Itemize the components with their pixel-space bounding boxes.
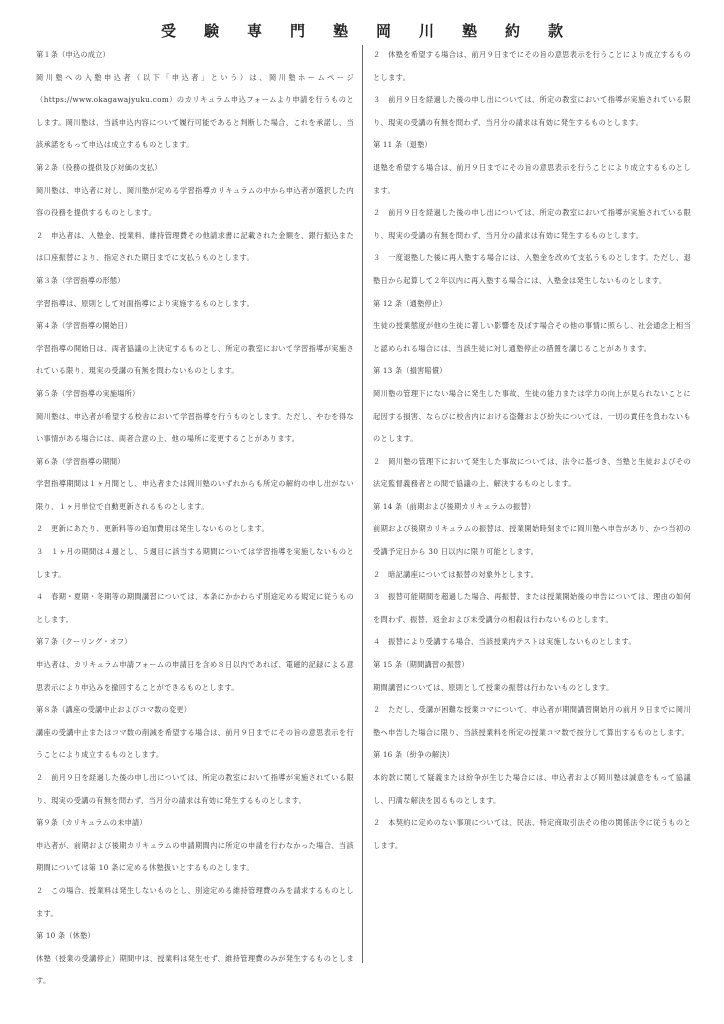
article-paragraph: 学習指導は、原則として対面指導により実施するものとします。 [36,293,354,316]
article-paragraph: ２ 暗記講座については振替の対象外とします。 [373,564,691,587]
article-paragraph: ２ 本契約に定めのない事項については、民法、特定商取引法その他の関係法令に従うも… [373,812,691,857]
article-paragraph: ２ 前月９日を経過した後の申し出については、所定の教室において指導が実施されてい… [373,202,691,247]
article-heading: 第４条（学習指導の開始日） [36,315,354,338]
article-heading: 第 14 条（前期および後期カリキュラムの振替） [373,496,691,519]
article-paragraph: ２ 申込者は、入塾金、授業料、維持管理費その他請求書に記載された金額を、銀行振込… [36,225,354,270]
article-heading: 第 12 条（通塾停止） [373,293,691,316]
article-heading: 第９条（カリキュラムの未申請） [36,812,354,835]
article-heading: 第 15 条（期間講習の振替） [373,654,691,677]
article-heading: 第 10 条（休塾） [36,925,354,948]
article-paragraph: 岡川塾は、申込者に対し、岡川塾が定める学習指導カリキュラムの中から申込者が選択し… [36,180,354,225]
article-paragraph: 本約款に関して疑義または紛争が生じた場合には、申込者および岡川塾は誠意をもって協… [373,767,691,812]
article-heading: 第３条（学習指導の形態） [36,270,354,293]
article-paragraph: ３ 振替可能期間を超過した場合、再振替、または授業開始後の申告については、理由の… [373,586,691,631]
article-heading: 第２条（役務の提供及び対価の支払） [36,157,354,180]
article-paragraph: 退塾を希望する場合は、前月９日までにその旨の意思表示を行うことにより成立するもの… [373,157,691,202]
article-heading: 第 11 条（退塾） [373,134,691,157]
article-heading: 第 13 条（損害賠償） [373,360,691,383]
article-paragraph: 生徒の授業態度が他の生徒に著しい影響を及ぼす場合その他の事情に照らし、社会通念上… [373,315,691,360]
article-paragraph: ２ 岡川塾の管理下において発生した事故については、法令に基づき、当塾と生徒および… [373,451,691,496]
right-column: ２ 休塾を希望する場合は、前月９日までにその旨の意思表示を行うことにより成立する… [373,44,691,857]
column-divider [362,45,363,963]
article-paragraph: 岡川塾の管理下にない場合に発生した事故、生徒の能力または学力の向上が見られないこ… [373,383,691,451]
article-paragraph: 講座の受講中止またはコマ数の削減を希望する場合は、前月９日までにその旨の意思表示… [36,722,354,767]
article-paragraph: ４ 振替により受講する場合、当該授業内テストは実施しないものとします。 [373,631,691,654]
article-paragraph: 前期および後期カリキュラムの振替は、授業開始時刻までに岡川塾へ申告があり、かつ当… [373,518,691,563]
article-paragraph: ２ 休塾を希望する場合は、前月９日までにその旨の意思表示を行うことにより成立する… [373,44,691,89]
article-paragraph: ３ 一度退塾した後に再入塾する場合には、入塾金を改めて支払うものとします。ただし… [373,247,691,292]
article-paragraph: 岡川塾は、申込者が希望する校舎において学習指導を行うものとします。ただし、やむを… [36,406,354,451]
article-paragraph: 岡川塾への入塾申込者（以下「申込者」という）は、岡川塾ホームページ（https:… [36,67,354,157]
article-paragraph: 期間講習については、原則として授業の振替は行わないものとします。 [373,677,691,700]
left-column: 第１条（申込の成立）岡川塾への入塾申込者（以下「申込者」という）は、岡川塾ホーム… [36,44,354,993]
article-heading: 第１条（申込の成立） [36,44,354,67]
article-paragraph: 申込者が、前期および後期カリキュラムの申請期間内に所定の申請を行わなかった場合、… [36,835,354,880]
article-heading: 第７条（クーリング・オフ） [36,631,354,654]
article-paragraph: 休塾（授業の受講停止）期間中は、授業料は発生せず、維持管理費のみが発生するものと… [36,948,354,993]
article-paragraph: ２ ただし、受講が困難な授業コマについて、申込者が期間講習開始月の前月９日までに… [373,699,691,744]
article-paragraph: ４ 春期・夏期・冬期等の期間講習については、本条にかかわらず別途定める規定に従う… [36,586,354,631]
article-heading: 第５条（学習指導の実施場所） [36,383,354,406]
article-heading: 第８条（講座の受講中止およびコマ数の変更） [36,699,354,722]
article-paragraph: ２ この場合、授業料は発生しないものとし、別途定める維持管理費のみを請求するもの… [36,880,354,925]
article-heading: 第６条（学習指導の期間） [36,451,354,474]
article-paragraph: 申込者は、カリキュラム申請フォームの申請日を含め８日以内であれば、電磁的記録によ… [36,654,354,699]
article-paragraph: ２ 前月９日を経過した後の申し出については、所定の教室において指導が実施されてい… [36,767,354,812]
article-paragraph: ２ 更新にあたり、更新料等の追加費用は発生しないものとします。 [36,518,354,541]
article-paragraph: 学習指導期間は１ヶ月間とし、申込者または岡川塾のいずれからも所定の解約の申し出が… [36,473,354,518]
document-title: 受験専門塾岡川塾約款 [0,20,724,41]
article-paragraph: 学習指導の開始日は、両者協議の上決定するものとし、所定の教室において学習指導が実… [36,338,354,383]
article-heading: 第 16 条（紛争の解決） [373,744,691,767]
article-paragraph: ３ １ヶ月の期間は４週とし、５週目に該当する期間については学習指導を実施しないも… [36,541,354,586]
article-paragraph: ３ 前月９日を経過した後の申し出については、所定の教室において指導が実施されてい… [373,89,691,134]
